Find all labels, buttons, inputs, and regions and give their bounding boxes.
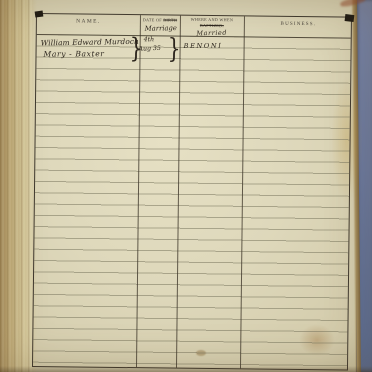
register-table: NAME. DATE OF BIRTH WHERE AND WHEN BAPTI…	[32, 13, 352, 371]
ruled-lines	[33, 35, 351, 370]
entry-brace-right: }	[168, 35, 181, 62]
entry-marriage-date-month-year: Aug 35	[138, 46, 161, 53]
column-header-business: BUSINESS.	[244, 21, 353, 28]
handwritten-heading-married: Married	[182, 29, 242, 37]
handwritten-heading-marriage: Marriage	[141, 25, 181, 33]
entry-marriage-date-day: 4th	[144, 37, 154, 43]
date-header-prefix: DATE OF	[143, 17, 164, 22]
column-header-date: DATE OF BIRTH	[140, 18, 180, 23]
column-header-name: NAME.	[37, 18, 140, 25]
entry-marriage-place: BENONI	[184, 43, 223, 50]
date-header-struck-word: BIRTH	[163, 17, 177, 22]
page-edge-streaks	[0, 0, 34, 372]
corner-ornament-right	[345, 14, 355, 22]
entry-name-line-1: William Edward Murdoch	[41, 38, 139, 47]
corner-ornament-left	[35, 11, 44, 18]
entry-name-line-2: Mary - Baxter	[44, 50, 105, 58]
bottom-edge-shadow	[0, 366, 372, 372]
register-book-photo: NAME. DATE OF BIRTH WHERE AND WHEN BAPTI…	[0, 0, 372, 372]
